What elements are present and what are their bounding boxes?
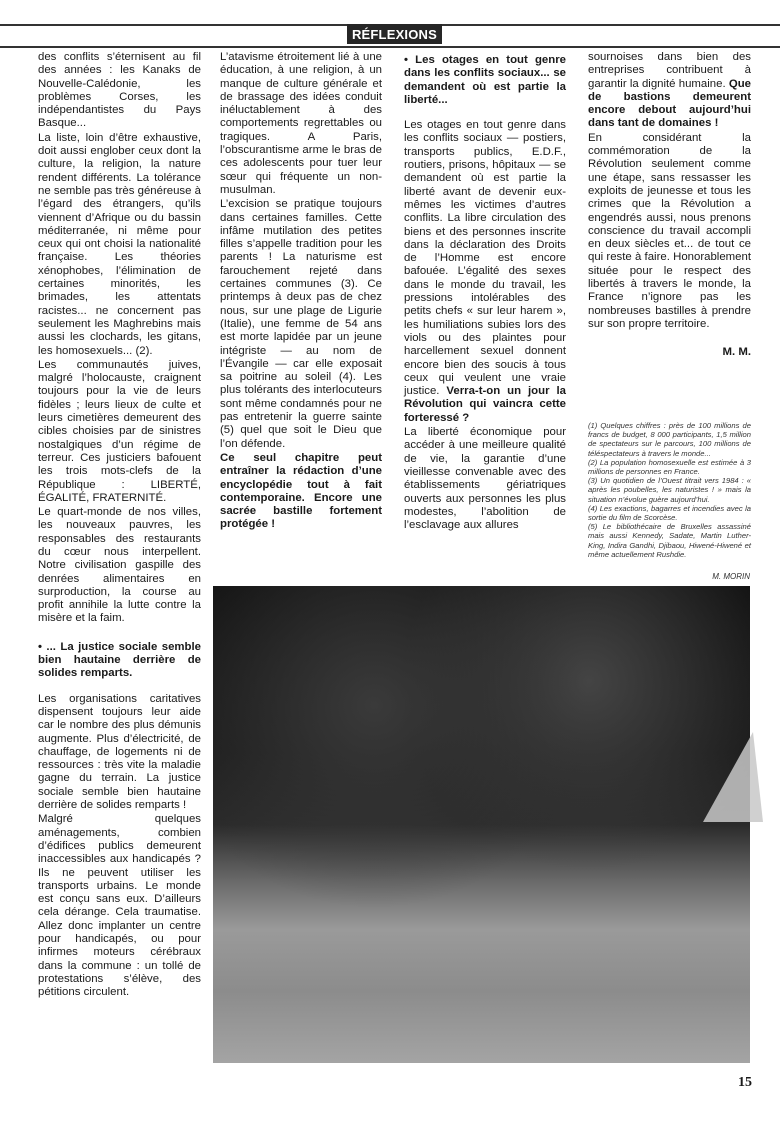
body-paragraph: Les communautés juives, malgré l’holocau… xyxy=(38,359,201,505)
body-paragraph: Les organisations caritatives dispensent… xyxy=(38,693,201,813)
footnote: (1) Quelques chiffres : près de 100 mill… xyxy=(588,421,751,458)
subheading: • ... La justice sociale semble bien hau… xyxy=(38,641,201,681)
article-column-1: des conflits s’éternisent au fil des ann… xyxy=(38,51,201,999)
page-number: 15 xyxy=(738,1075,752,1091)
footnote: (5) Le bibliothécaire de Bruxelles assas… xyxy=(588,522,751,559)
body-paragraph: Malgré quelques aménagements, combien d’… xyxy=(38,813,201,999)
footnotes: (1) Quelques chiffres : près de 100 mill… xyxy=(588,421,751,559)
body-paragraph: Les otages en tout genre dans les confli… xyxy=(404,119,566,425)
bold-conclusion: Ce seul chapitre peut entraîner la rédac… xyxy=(220,452,382,532)
body-paragraph: L’excision se pratique toujours dans cer… xyxy=(220,198,382,451)
subheading: • Les otages en tout genre dans les conf… xyxy=(404,54,566,107)
section-label: RÉFLEXIONS xyxy=(347,24,442,44)
body-paragraph: des conflits s’éternisent au fil des ann… xyxy=(38,51,201,131)
body-paragraph: La liste, loin d’être exhaustive, doit a… xyxy=(38,132,201,358)
article-photo xyxy=(213,586,750,1063)
footnote: (2) La population homosexuelle est estim… xyxy=(588,458,751,476)
footnote: (4) Les exactions, bagarres et incendies… xyxy=(588,504,751,522)
article-column-3: • Les otages en tout genre dans les conf… xyxy=(404,51,566,532)
article-column-2: L’atavisme étroitement lié à une éducati… xyxy=(220,51,382,532)
article-column-4: sournoises dans bien des entreprises con… xyxy=(588,51,751,360)
footnote: (3) Un quotidien de l’Ouest titrait vers… xyxy=(588,476,751,504)
body-paragraph: sournoises dans bien des entreprises con… xyxy=(588,51,751,131)
author-signature: M. M. xyxy=(588,346,751,359)
body-text: sournoises dans bien des entreprises con… xyxy=(588,51,751,90)
body-paragraph: En considérant la commémoration de la Ré… xyxy=(588,132,751,331)
body-text: Les otages en tout genre dans les confli… xyxy=(404,119,566,397)
photo-tent-shape xyxy=(703,732,763,822)
photo-credit: M. MORIN xyxy=(700,572,750,581)
body-paragraph: La liberté économique pour accéder à une… xyxy=(404,426,566,532)
body-paragraph: Le quart-monde de nos villes, les nouvea… xyxy=(38,506,201,626)
body-paragraph: L’atavisme étroitement lié à une éducati… xyxy=(220,51,382,197)
